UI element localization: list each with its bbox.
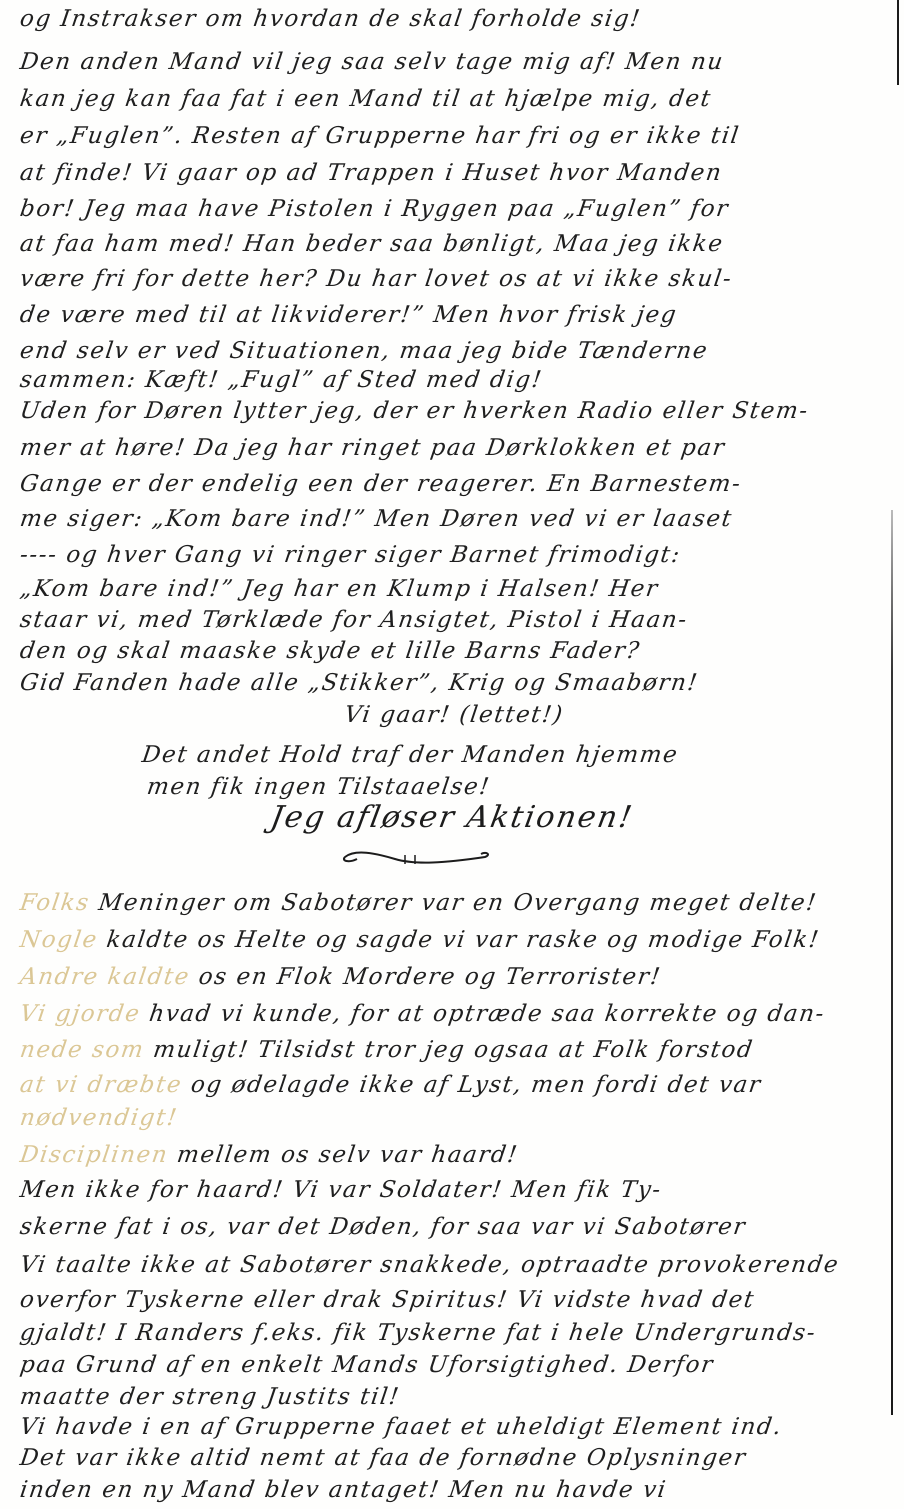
text-line: nede som muligt! Tilsidst tror jeg ogsaa… [18,1035,755,1065]
text-line: gjaldt! I Randers f.eks. fik Tyskerne fa… [18,1318,818,1348]
indented-line: Det andet Hold traf der Manden hjemme [140,740,680,770]
text-line: nødvendigt! [18,1103,180,1133]
text-line: de være med til at likviderer!” Men hvor… [18,300,679,330]
margin-rule-bottom [891,510,893,1415]
text-line: skerne fat i os, var det Døden, for saa … [18,1212,748,1242]
text-line: end selv er ved Situationen, maa jeg bid… [18,336,710,366]
text-line: at vi dræbte og ødelagde ikke af Lyst, m… [18,1070,764,1100]
text-line: Gange er der endelig een der reagerer. E… [18,469,744,499]
text-line: Vi gjorde hvad vi kunde, for at optræde … [18,999,827,1029]
text-line: Vi havde i en af Grupperne faaet et uhel… [18,1412,784,1442]
text-line: staar vi, med Tørklæde for Ansigtet, Pis… [18,605,690,635]
margin-rule-top [897,0,899,85]
text-line: paa Grund af en enkelt Mands Uforsigtigh… [18,1350,716,1380]
text-line: Andre kaldte os en Flok Mordere og Terro… [18,962,663,992]
text-line: sammen: Kæft! „Fugl” af Sted med dig! [18,365,545,395]
text-line: ---- og hver Gang vi ringer siger Barnet… [18,540,683,570]
text-line: Uden for Døren lytter jeg, der er hverke… [18,396,811,426]
centered-line: Vi gaar! (lettet!) [0,700,904,730]
text-line: at finde! Vi gaar op ad Trappen i Huset … [18,158,725,188]
text-line: bor! Jeg maa have Pistolen i Ryggen paa … [18,194,731,224]
text-line: Den anden Mand vil jeg saa selv tage mig… [18,47,726,77]
text-line: overfor Tyskerne eller drak Spiritus! Vi… [18,1285,757,1315]
text-line: er „Fuglen”. Resten af Grupperne har fri… [18,121,742,151]
text-line: Men ikke for haard! Vi var Soldater! Men… [18,1175,664,1205]
flourish-underline-icon [335,847,495,869]
text-line: Disciplinen mellem os selv var haard! [18,1140,520,1170]
text-line: „Kom bare ind!” Jeg har en Klump i Halse… [18,574,661,604]
text-line: mer at høre! Da jeg har ringet paa Dørkl… [18,433,727,463]
text-line: kan jeg kan faa fat i een Mand til at hj… [18,84,714,114]
scanned-handwritten-page: og Instrakser om hvordan de skal forhold… [0,0,904,1509]
text-line: være fri for dette her? Du har lovet os … [18,264,734,294]
text-line: den og skal maaske skyde et lille Barns … [18,636,642,666]
text-line: me siger: „Kom bare ind!” Men Døren ved … [18,504,735,534]
text-line: inden en ny Mand blev antaget! Men nu ha… [18,1475,669,1505]
indented-line: men fik ingen Tilstaaelse! [145,772,492,802]
text-line: Det var ikke altid nemt at faa de fornød… [18,1443,749,1473]
text-line: at faa ham med! Han beder saa bønligt, M… [18,229,726,259]
section-heading: Jeg afløser Aktionen! [0,800,904,835]
text-line: Gid Fanden hade alle „Stikker”, Krig og … [18,668,700,698]
text-line: Nogle kaldte os Helte og sagde vi var ra… [18,925,822,955]
text-line: maatte der streng Justits til! [18,1382,402,1412]
text-line: Folks Meninger om Sabotører var en Overg… [18,888,819,918]
text-line: og Instrakser om hvordan de skal forhold… [18,4,643,34]
text-line: Vi taalte ikke at Sabotører snakkede, op… [18,1250,841,1280]
